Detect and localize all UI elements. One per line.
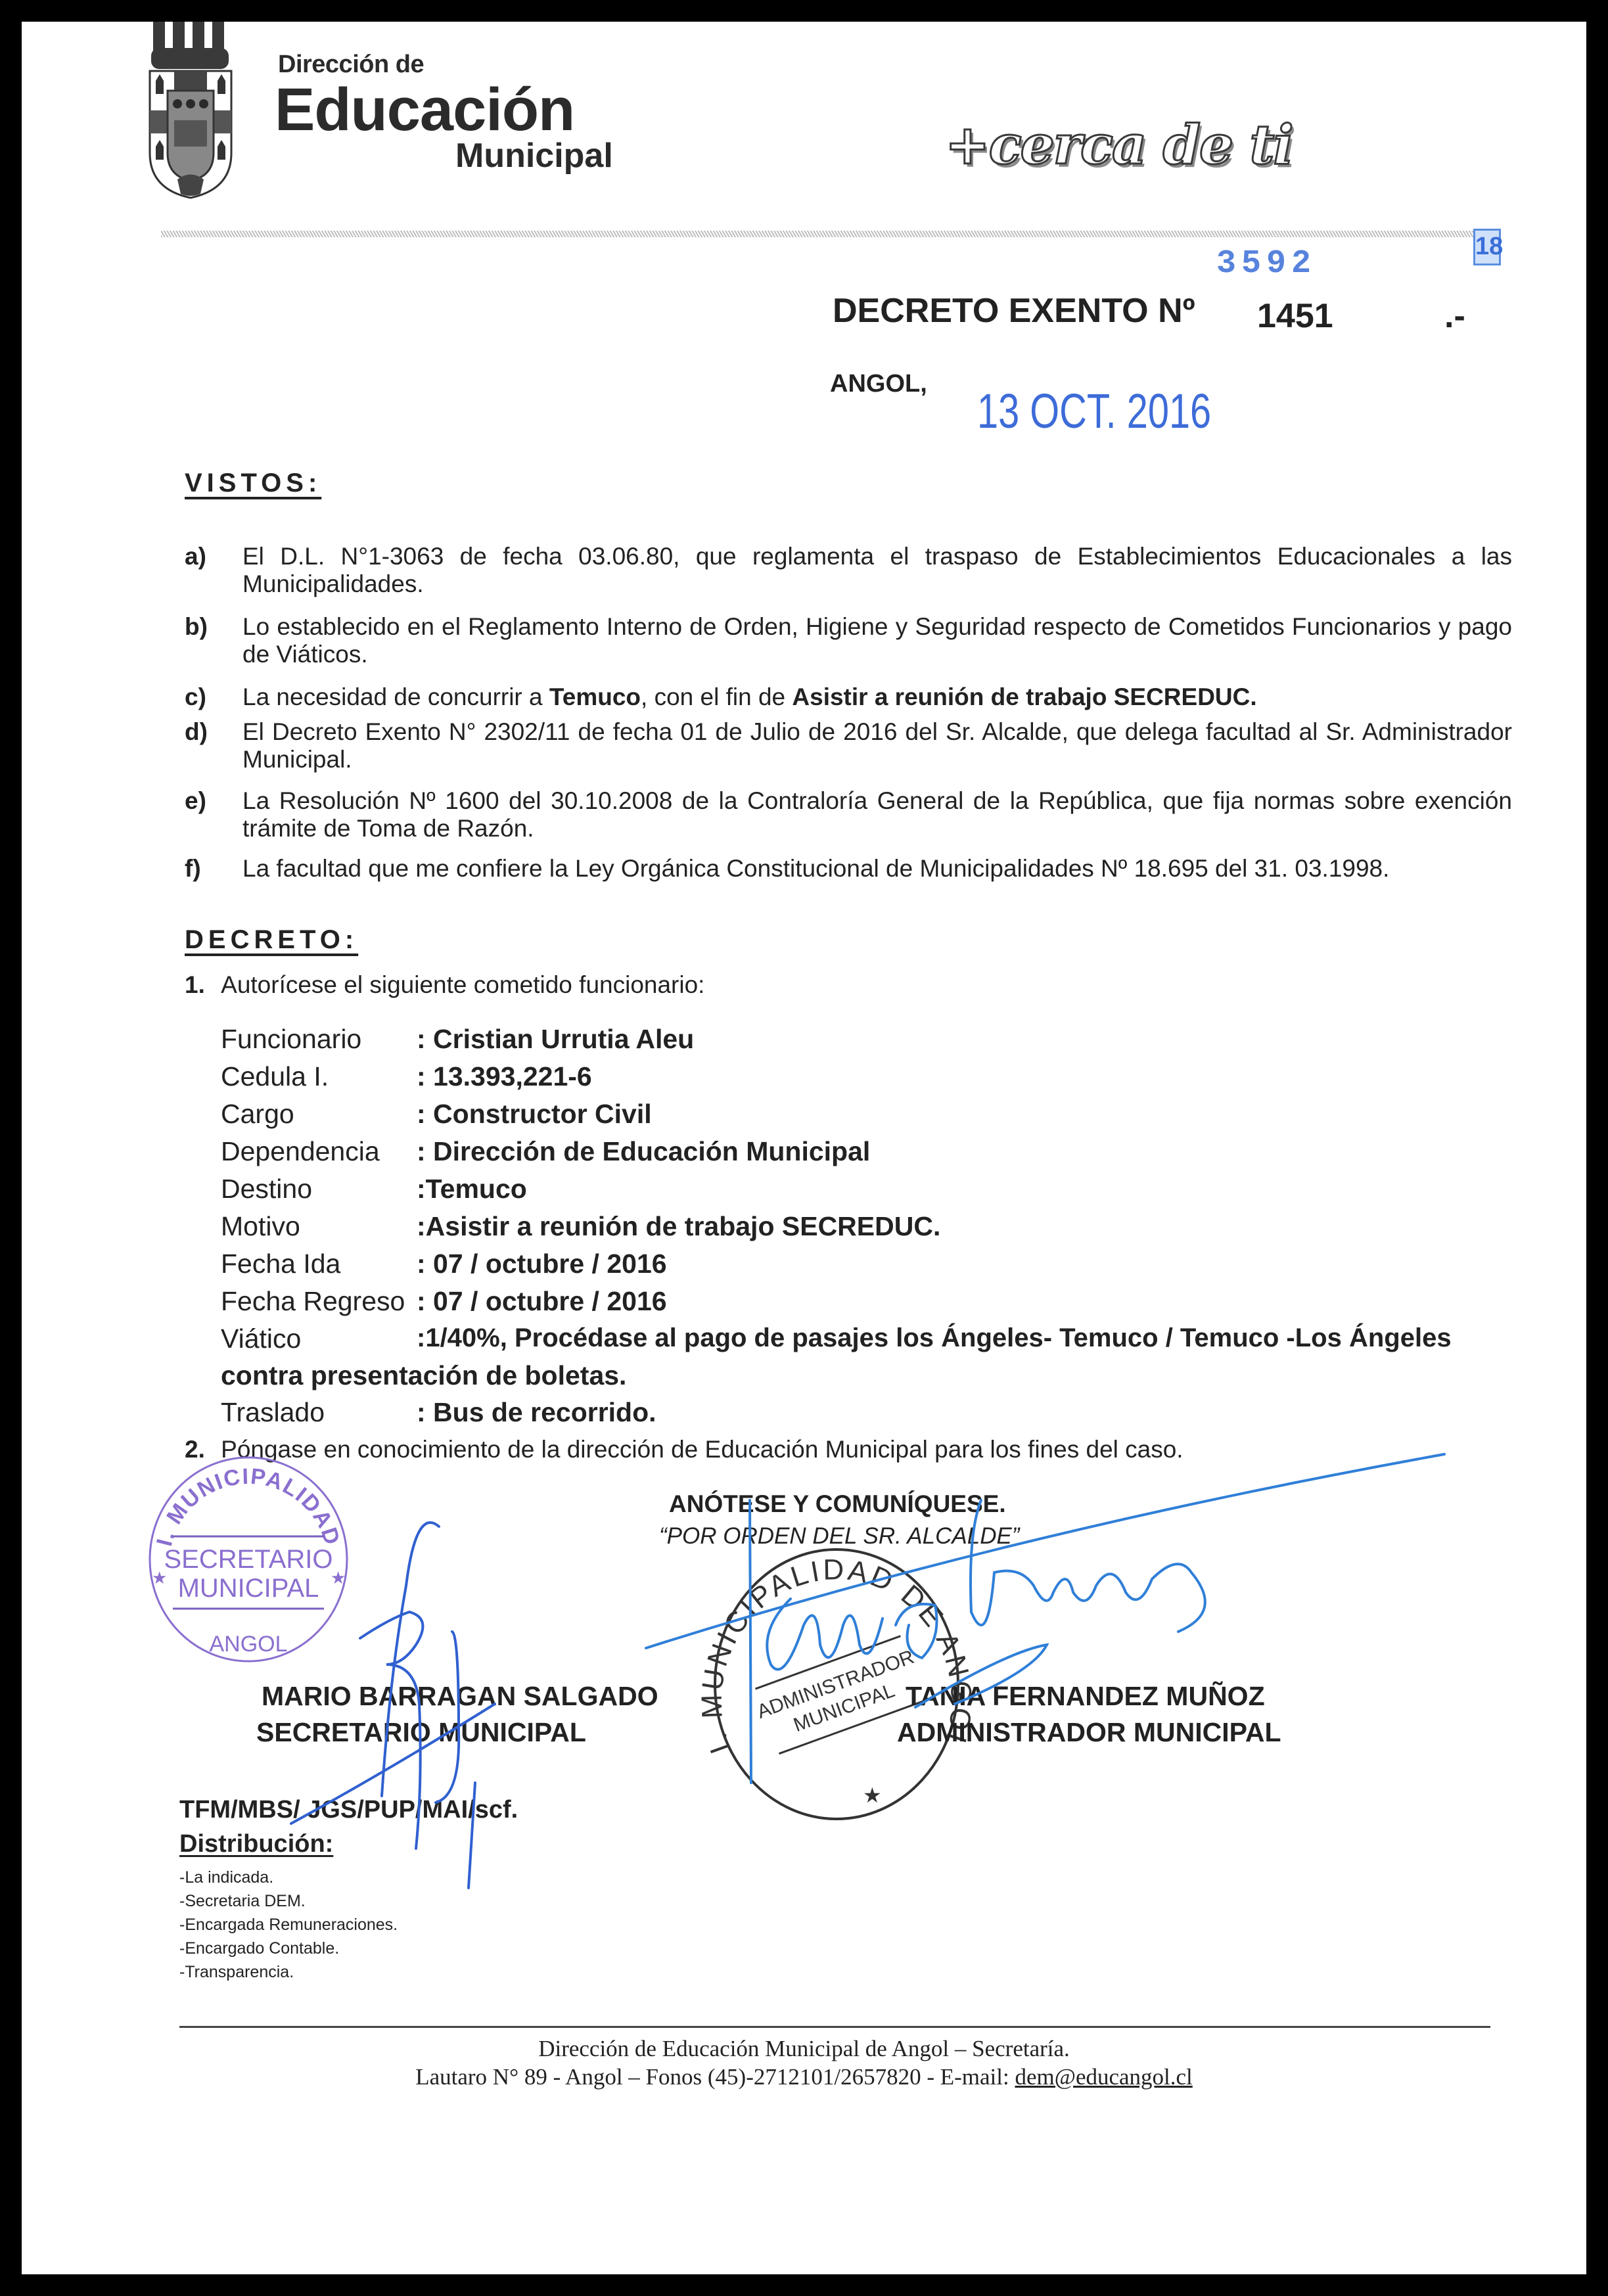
item-text-pre: La necesidad de concurrir a bbox=[242, 683, 549, 710]
item-text: El Decreto Exento N° 2302/11 de fecha 01… bbox=[242, 718, 1512, 773]
left-signatory-name: MARIO BARRAGAN SALGADO bbox=[262, 1681, 658, 1712]
svg-text:SECRETARIO: SECRETARIO bbox=[164, 1545, 333, 1574]
field-key: Motivo bbox=[221, 1211, 300, 1242]
field-traslado: Traslado : Bus de recorrido. bbox=[221, 1397, 1502, 1430]
svg-text:★: ★ bbox=[152, 1568, 167, 1588]
item-label: c) bbox=[185, 683, 206, 711]
distribution-heading: Distribución: bbox=[179, 1830, 333, 1858]
field-value: : 13.393,221-6 bbox=[417, 1061, 592, 1092]
decree-suffix: .- bbox=[1444, 296, 1465, 336]
distribution-item: -Encargada Remuneraciones. bbox=[179, 1913, 398, 1937]
footer-email-link[interactable]: dem@educangol.cl bbox=[1015, 2064, 1192, 2090]
decree-place: ANGOL, bbox=[830, 370, 927, 398]
right-signatory-role: ADMINISTRADOR MUNICIPAL bbox=[897, 1717, 1281, 1748]
decree-number: 1451 bbox=[1257, 296, 1333, 336]
registry-stamp-box: 18 bbox=[1473, 229, 1501, 265]
footer-contact: Lautaro N° 89 - Angol – Fonos (45)-27121… bbox=[22, 2064, 1586, 2090]
distribution-item: -Encargado Contable. bbox=[179, 1937, 398, 1960]
viatico-continuation: contra presentación de boletas. bbox=[221, 1360, 626, 1391]
vistos-item-a: a) El D.L. N°1-3063 de fecha 03.06.80, q… bbox=[185, 543, 1512, 598]
distribution-item: -La indicada. bbox=[179, 1866, 398, 1889]
document-page: Dirección de Educación Municipal +cerca … bbox=[22, 22, 1586, 2274]
vistos-item-c: c) La necesidad de concurrir a Temuco, c… bbox=[185, 683, 1512, 711]
item-text: La facultad que me confiere la Ley Orgán… bbox=[242, 855, 1512, 883]
field-cargo: Cargo : Constructor Civil bbox=[221, 1099, 1502, 1132]
registry-stamp-number: 3592 bbox=[1216, 245, 1316, 283]
svg-text:★: ★ bbox=[863, 1783, 882, 1807]
field-dependencia: Dependencia : Dirección de Educación Mun… bbox=[221, 1136, 1502, 1169]
item-text-purpose: Asistir a reunión de trabajo SECREDUC. bbox=[792, 683, 1256, 710]
field-value: :1/40%, Procédase al pago de pasajes los… bbox=[417, 1323, 1452, 1353]
header-divider bbox=[161, 231, 1488, 237]
field-key: Fecha Ida bbox=[221, 1249, 340, 1279]
item-label: f) bbox=[185, 855, 201, 883]
secretario-seal-icon: I. MUNICIPALIDAD SECRETARIO MUNICIPAL ★ … bbox=[140, 1451, 357, 1668]
field-key: Cedula I. bbox=[221, 1061, 329, 1092]
right-signatory-name: TANIA FERNANDEZ MUÑOZ bbox=[906, 1681, 1265, 1712]
item-text-mid: , con el fin de bbox=[641, 683, 792, 710]
decreto-step-1: 1. Autorícese el siguiente cometido func… bbox=[185, 971, 704, 999]
field-value: : Constructor Civil bbox=[417, 1099, 652, 1130]
step-number: 1. bbox=[185, 971, 205, 998]
closing-formula: ANÓTESE Y COMUNÍQUESE. bbox=[669, 1490, 1006, 1518]
svg-text:MUNICIPAL: MUNICIPAL bbox=[178, 1574, 319, 1603]
item-label: e) bbox=[185, 787, 206, 815]
field-key: Funcionario bbox=[221, 1024, 361, 1055]
slogan: +cerca de ti bbox=[945, 114, 1293, 177]
field-value: : 07 / octubre / 2016 bbox=[417, 1249, 667, 1279]
vistos-item-f: f) La facultad que me confiere la Ley Or… bbox=[185, 855, 1512, 883]
field-value: : Cristian Urrutia Aleu bbox=[417, 1024, 694, 1055]
coat-of-arms-icon bbox=[148, 22, 233, 199]
field-value: :Temuco bbox=[417, 1174, 527, 1205]
item-text: La necesidad de concurrir a Temuco, con … bbox=[242, 683, 1512, 711]
field-motivo: Motivo :Asistir a reunión de trabajo SEC… bbox=[221, 1211, 1502, 1244]
item-label: d) bbox=[185, 718, 208, 746]
distribution-item: -Secretaria DEM. bbox=[179, 1889, 398, 1913]
vistos-item-b: b) Lo establecido en el Reglamento Inter… bbox=[185, 613, 1512, 668]
field-key: Fecha Regreso bbox=[221, 1286, 405, 1317]
field-cedula: Cedula I. : 13.393,221-6 bbox=[221, 1061, 1502, 1094]
field-value: : Bus de recorrido. bbox=[417, 1397, 656, 1428]
field-key: Cargo bbox=[221, 1099, 294, 1130]
field-key: Dependencia bbox=[221, 1136, 380, 1167]
vistos-item-e: e) La Resolución Nº 1600 del 30.10.2008 … bbox=[185, 787, 1512, 842]
item-text: El D.L. N°1-3063 de fecha 03.06.80, que … bbox=[242, 543, 1512, 598]
field-viatico: Viático :1/40%, Procédase al pago de pas… bbox=[221, 1323, 1502, 1356]
decreto-heading: DECRETO: bbox=[185, 925, 358, 955]
field-key: Viático bbox=[221, 1323, 301, 1354]
left-signatory-role: SECRETARIO MUNICIPAL bbox=[256, 1717, 586, 1748]
field-key: Traslado bbox=[221, 1397, 325, 1428]
item-label: b) bbox=[185, 613, 208, 641]
brand-line-3: Municipal bbox=[455, 139, 613, 173]
brand-line-1: Dirección de bbox=[278, 51, 424, 79]
footer-institution: Dirección de Educación Municipal de Ango… bbox=[22, 2036, 1586, 2062]
field-value: :Asistir a reunión de trabajo SECREDUC. bbox=[417, 1211, 940, 1242]
step-text: Póngase en conocimiento de la dirección … bbox=[221, 1436, 1183, 1463]
svg-text:★: ★ bbox=[331, 1568, 346, 1588]
step-text: Autorícese el siguiente cometido funcion… bbox=[221, 971, 704, 998]
item-text: La Resolución Nº 1600 del 30.10.2008 de … bbox=[242, 787, 1512, 842]
footer-divider bbox=[179, 2026, 1490, 2028]
svg-text:ANGOL: ANGOL bbox=[209, 1632, 287, 1657]
footer-address: Lautaro N° 89 - Angol – Fonos (45)-27121… bbox=[415, 2064, 1015, 2090]
distribution-item: -Transparencia. bbox=[179, 1960, 398, 1984]
field-key: Destino bbox=[221, 1174, 312, 1205]
field-fecha-ida: Fecha Ida : 07 / octubre / 2016 bbox=[221, 1249, 1502, 1281]
field-destino: Destino :Temuco bbox=[221, 1174, 1502, 1206]
vistos-heading: VISTOS: bbox=[185, 469, 321, 498]
vistos-item-d: d) El Decreto Exento N° 2302/11 de fecha… bbox=[185, 718, 1512, 773]
decree-title: DECRETO EXENTO Nº bbox=[833, 291, 1195, 331]
field-value: : 07 / octubre / 2016 bbox=[417, 1286, 667, 1317]
field-fecha-regreso: Fecha Regreso : 07 / octubre / 2016 bbox=[221, 1286, 1502, 1319]
distribution-list: -La indicada. -Secretaria DEM. -Encargad… bbox=[179, 1866, 398, 1984]
date-stamp: 13 OCT. 2016 bbox=[977, 383, 1211, 439]
item-label: a) bbox=[185, 543, 206, 570]
brand-line-2: Educación bbox=[275, 80, 574, 140]
initials-reference: TFM/MBS/ JGS/PUP/MAI/scf. bbox=[179, 1796, 518, 1824]
field-value: : Dirección de Educación Municipal bbox=[417, 1136, 870, 1167]
field-funcionario: Funcionario : Cristian Urrutia Aleu bbox=[221, 1024, 1502, 1057]
item-text: Lo establecido en el Reglamento Interno … bbox=[242, 613, 1512, 668]
item-text-destination: Temuco bbox=[549, 683, 641, 710]
